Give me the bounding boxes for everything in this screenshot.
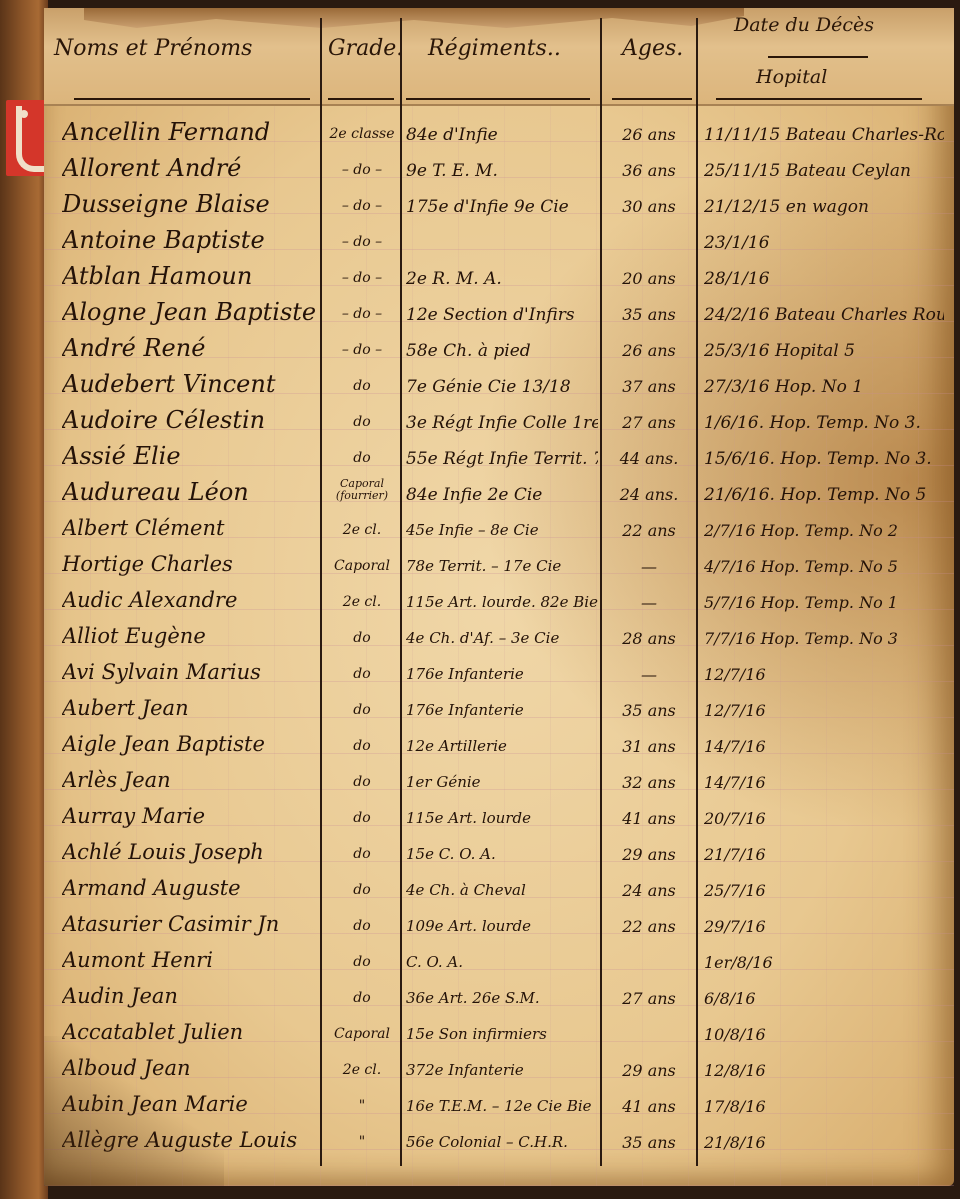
grade-cell: do — [326, 810, 398, 826]
death-cell: 23/1/16 — [704, 233, 944, 253]
age-cell: 28 ans — [604, 629, 694, 648]
header-names: Noms et Prénoms — [54, 36, 252, 61]
death-cell: 25/11/15 Bateau Ceylan — [704, 161, 944, 181]
name-cell: Aigle Jean Baptiste — [62, 732, 322, 756]
age-cell: 41 ans — [604, 809, 694, 828]
death-cell: 21/8/16 — [704, 1133, 944, 1152]
regiment-cell: 115e Art. lourde. 82e Bie — [406, 593, 598, 611]
grade-cell: Caporal — [326, 558, 398, 574]
age-cell: 22 ans — [604, 521, 694, 540]
grade-cell: 2e cl. — [326, 594, 398, 610]
age-cell: 36 ans — [604, 161, 694, 180]
table-row: Audebert Vincent do 7e Génie Cie 13/18 3… — [44, 368, 954, 404]
grade-cell: Caporal — [326, 1026, 398, 1042]
regiment-cell: 1er Génie — [406, 773, 598, 791]
grade-cell: do — [326, 378, 398, 394]
name-cell: Armand Auguste — [62, 876, 322, 900]
age-cell: 20 ans — [604, 269, 694, 288]
regiment-cell: 15e C. O. A. — [406, 845, 598, 863]
name-cell: Assié Elie — [62, 442, 322, 470]
name-cell: Atblan Hamoun — [62, 262, 322, 290]
table-row: Dusseigne Blaise – do – 175e d'Infie 9e … — [44, 188, 954, 224]
death-cell: 12/7/16 — [704, 665, 944, 684]
name-cell: Avi Sylvain Marius — [62, 660, 322, 684]
grade-cell: do — [326, 450, 398, 466]
table-row: Audureau Léon Caporal (fourrier) 84e Inf… — [44, 476, 954, 512]
grade-cell: do — [326, 666, 398, 682]
age-cell: 22 ans — [604, 917, 694, 936]
grade-cell: do — [326, 630, 398, 646]
death-cell: 7/7/16 Hop. Temp. No 3 — [704, 629, 944, 648]
age-cell: — — [604, 593, 694, 612]
death-cell: 21/12/15 en wagon — [704, 197, 944, 217]
grade-cell: do — [326, 990, 398, 1006]
header-death-date: Date du Décès — [734, 14, 874, 36]
death-cell: 12/8/16 — [704, 1061, 944, 1080]
death-cell: 6/8/16 — [704, 989, 944, 1008]
name-cell: Audic Alexandre — [62, 588, 322, 612]
age-cell: 24 ans — [604, 881, 694, 900]
table-row: Achlé Louis Joseph do 15e C. O. A. 29 an… — [44, 836, 954, 872]
name-cell: Audebert Vincent — [62, 370, 322, 398]
table-row: Albert Clément 2e cl. 45e Infie – 8e Cie… — [44, 512, 954, 548]
header-rule-death — [716, 98, 922, 100]
name-cell: Allorent André — [62, 154, 322, 182]
grade-cell: – do – — [326, 198, 398, 214]
header-rule-grade — [328, 98, 394, 100]
regiment-cell: 84e Infie 2e Cie — [406, 485, 598, 505]
name-cell: Aurray Marie — [62, 804, 322, 828]
age-cell: 24 ans. — [604, 485, 694, 504]
name-cell: Albert Clément — [62, 516, 322, 540]
age-cell: 35 ans — [604, 305, 694, 324]
binding-label-ornament — [6, 100, 46, 176]
age-cell: 32 ans — [604, 773, 694, 792]
age-cell: 29 ans — [604, 845, 694, 864]
age-cell: — — [604, 557, 694, 576]
grade-cell: – do – — [326, 162, 398, 178]
header-grade: Grade. — [328, 36, 403, 61]
regiment-cell: C. O. A. — [406, 953, 598, 971]
age-cell: 29 ans — [604, 1061, 694, 1080]
regiment-cell: 115e Art. lourde — [406, 809, 598, 827]
regiment-cell: 15e Son infirmiers — [406, 1025, 598, 1043]
table-row: Antoine Baptiste – do – 23/1/16 — [44, 224, 954, 260]
death-cell: 1er/8/16 — [704, 953, 944, 972]
grade-cell: Caporal (fourrier) — [326, 478, 398, 502]
table-row: Hortige Charles Caporal 78e Territ. – 17… — [44, 548, 954, 584]
grade-cell: do — [326, 846, 398, 862]
age-cell: 26 ans — [604, 341, 694, 360]
table-row: Alogne Jean Baptiste – do – 12e Section … — [44, 296, 954, 332]
regiment-cell: 2e R. M. A. — [406, 269, 598, 289]
death-cell: 21/7/16 — [704, 845, 944, 864]
table-row: Audin Jean do 36e Art. 26e S.M. 27 ans 6… — [44, 980, 954, 1016]
header-rule-ages — [612, 98, 692, 100]
table-row: Aigle Jean Baptiste do 12e Artillerie 31… — [44, 728, 954, 764]
regiment-cell: 58e Ch. à pied — [406, 341, 598, 361]
table-row: Alliot Eugène do 4e Ch. d'Af. – 3e Cie 2… — [44, 620, 954, 656]
name-cell: Hortige Charles — [62, 552, 322, 576]
table-row: Aumont Henri do C. O. A. 1er/8/16 — [44, 944, 954, 980]
regiment-cell: 9e T. E. M. — [406, 161, 598, 181]
name-cell: Atasurier Casimir Jn — [62, 912, 322, 936]
name-cell: Arlès Jean — [62, 768, 322, 792]
regiment-cell: 175e d'Infie 9e Cie — [406, 197, 598, 217]
page-corner-shadow — [44, 1036, 224, 1186]
grade-cell: " — [326, 1098, 398, 1114]
grade-cell: 2e cl. — [326, 522, 398, 538]
age-cell: 31 ans — [604, 737, 694, 756]
header-divider — [768, 56, 868, 58]
grade-cell: do — [326, 882, 398, 898]
name-cell: Audureau Léon — [62, 478, 322, 506]
grade-cell: – do – — [326, 342, 398, 358]
regiment-cell: 12e Artillerie — [406, 737, 598, 755]
name-cell: Dusseigne Blaise — [62, 190, 322, 218]
table-row: Avi Sylvain Marius do 176e Infanterie — … — [44, 656, 954, 692]
death-cell: 17/8/16 — [704, 1097, 944, 1116]
death-cell: 20/7/16 — [704, 809, 944, 828]
name-cell: André René — [62, 334, 322, 362]
name-cell: Achlé Louis Joseph — [62, 840, 322, 864]
regiment-cell: 372e Infanterie — [406, 1061, 598, 1079]
death-cell: 5/7/16 Hop. Temp. No 1 — [704, 593, 944, 612]
regiment-cell: 56e Colonial – C.H.R. — [406, 1133, 598, 1151]
grade-cell: do — [326, 414, 398, 430]
regiment-cell: 12e Section d'Infirs — [406, 305, 598, 325]
name-cell: Aubert Jean — [62, 696, 322, 720]
age-cell: 44 ans. — [604, 449, 694, 468]
header-regiments: Régiments.. — [428, 36, 561, 61]
death-cell: 4/7/16 Hop. Temp. No 5 — [704, 557, 944, 576]
name-cell: Antoine Baptiste — [62, 226, 322, 254]
regiment-cell: 84e d'Infie — [406, 125, 598, 145]
grade-cell: 2e cl. — [326, 1062, 398, 1078]
table-row: André René – do – 58e Ch. à pied 26 ans … — [44, 332, 954, 368]
grade-cell: " — [326, 1134, 398, 1150]
header-ages: Ages. — [622, 36, 683, 61]
name-cell: Audoire Célestin — [62, 406, 322, 434]
death-cell: 11/11/15 Bateau Charles-Roux — [704, 125, 944, 145]
grade-cell: do — [326, 702, 398, 718]
grade-cell: 2e classe — [326, 126, 398, 142]
regiment-cell: 45e Infie – 8e Cie — [406, 521, 598, 539]
death-cell: 21/6/16. Hop. Temp. No 5 — [704, 485, 944, 505]
death-cell: 29/7/16 — [704, 917, 944, 936]
table-row: Allorent André – do – 9e T. E. M. 36 ans… — [44, 152, 954, 188]
age-cell: 41 ans — [604, 1097, 694, 1116]
table-row: Aurray Marie do 115e Art. lourde 41 ans … — [44, 800, 954, 836]
name-cell: Audin Jean — [62, 984, 322, 1008]
death-cell: 24/2/16 Bateau Charles Roux — [704, 305, 944, 325]
regiment-cell: 4e Ch. d'Af. – 3e Cie — [406, 629, 598, 647]
name-cell: Ancellin Fernand — [62, 118, 322, 146]
table-row: Armand Auguste do 4e Ch. à Cheval 24 ans… — [44, 872, 954, 908]
table-row: Atasurier Casimir Jn do 109e Art. lourde… — [44, 908, 954, 944]
age-cell: 27 ans — [604, 413, 694, 432]
header-hospital: Hopital — [756, 66, 827, 88]
death-cell: 14/7/16 — [704, 773, 944, 792]
death-cell: 25/7/16 — [704, 881, 944, 900]
regiment-cell: 176e Infanterie — [406, 701, 598, 719]
name-cell: Aumont Henri — [62, 948, 322, 972]
table-row: Aubert Jean do 176e Infanterie 35 ans 12… — [44, 692, 954, 728]
age-cell: 26 ans — [604, 125, 694, 144]
grade-cell: – do – — [326, 234, 398, 250]
death-cell: 15/6/16. Hop. Temp. No 3. — [704, 449, 944, 469]
grade-cell: do — [326, 774, 398, 790]
header-rule-names — [74, 98, 310, 100]
column-header: Noms et Prénoms Grade. Régiments.. Ages.… — [44, 8, 954, 106]
age-cell: 37 ans — [604, 377, 694, 396]
death-cell: 14/7/16 — [704, 737, 944, 756]
grade-cell: do — [326, 918, 398, 934]
name-cell: Alliot Eugène — [62, 624, 322, 648]
regiment-cell: 3e Régt Infie Colle 1re Cie — [406, 413, 598, 433]
death-cell: 25/3/16 Hopital 5 — [704, 341, 944, 361]
death-cell: 10/8/16 — [704, 1025, 944, 1044]
age-cell: — — [604, 665, 694, 684]
table-row: Audoire Célestin do 3e Régt Infie Colle … — [44, 404, 954, 440]
table-row: Audic Alexandre 2e cl. 115e Art. lourde.… — [44, 584, 954, 620]
grade-cell: do — [326, 954, 398, 970]
regiment-cell: 55e Régt Infie Territ. 7e Cie — [406, 449, 598, 469]
death-cell: 12/7/16 — [704, 701, 944, 720]
grade-cell: do — [326, 738, 398, 754]
age-cell: 35 ans — [604, 1133, 694, 1152]
register-page: Noms et Prénoms Grade. Régiments.. Ages.… — [44, 8, 954, 1186]
age-cell: 35 ans — [604, 701, 694, 720]
grade-cell: – do – — [326, 270, 398, 286]
table-row: Atblan Hamoun – do – 2e R. M. A. 20 ans … — [44, 260, 954, 296]
age-cell: 30 ans — [604, 197, 694, 216]
name-cell: Alogne Jean Baptiste — [62, 298, 322, 326]
regiment-cell: 36e Art. 26e S.M. — [406, 989, 598, 1007]
table-row: Ancellin Fernand 2e classe 84e d'Infie 2… — [44, 116, 954, 152]
regiment-cell: 7e Génie Cie 13/18 — [406, 377, 598, 397]
table-row: Arlès Jean do 1er Génie 32 ans 14/7/16 — [44, 764, 954, 800]
table-row: Assié Elie do 55e Régt Infie Territ. 7e … — [44, 440, 954, 476]
regiment-cell: 78e Territ. – 17e Cie — [406, 557, 598, 575]
regiment-cell: 176e Infanterie — [406, 665, 598, 683]
grade-cell: – do – — [326, 306, 398, 322]
death-cell: 2/7/16 Hop. Temp. No 2 — [704, 521, 944, 540]
age-cell: 27 ans — [604, 989, 694, 1008]
regiment-cell: 16e T.E.M. – 12e Cie Bie — [406, 1097, 598, 1115]
regiment-cell: 109e Art. lourde — [406, 917, 598, 935]
death-cell: 1/6/16. Hop. Temp. No 3. — [704, 413, 944, 433]
header-rule-regiments — [406, 98, 590, 100]
torn-edge — [84, 8, 744, 28]
death-cell: 27/3/16 Hop. No 1 — [704, 377, 944, 397]
regiment-cell: 4e Ch. à Cheval — [406, 881, 598, 899]
death-cell: 28/1/16 — [704, 269, 944, 289]
book-binding — [0, 0, 48, 1199]
